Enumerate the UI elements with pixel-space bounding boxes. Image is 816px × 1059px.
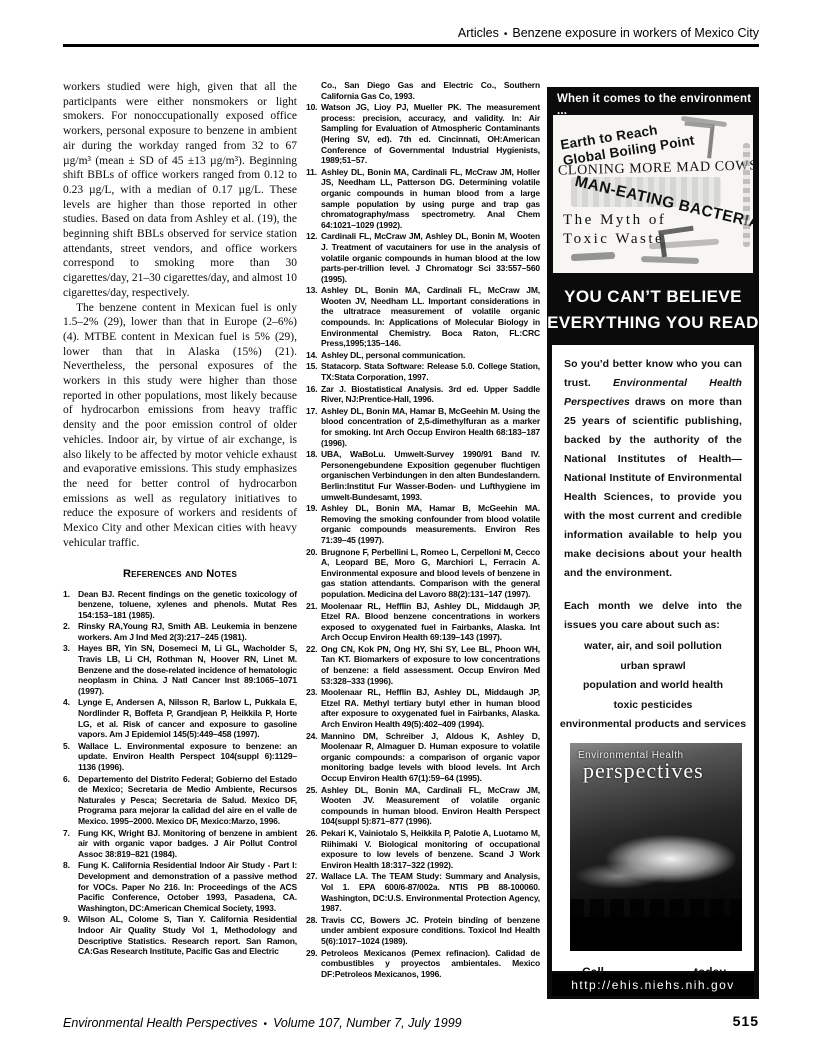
reference-text: Wallace L. Environmental exposure to ben… (78, 741, 297, 773)
reference-item: 4. Lynge E, Andersen A, Nilsson R, Barlo… (63, 697, 297, 739)
ad-topics-list: water, air, and soil pollution urban spr… (558, 637, 748, 735)
paragraph: workers studied were high, given that al… (63, 80, 297, 301)
bullet-separator: • (499, 29, 513, 40)
reference-number (306, 80, 321, 101)
references-heading: References and Notes (63, 568, 297, 580)
reference-item: 19. Ashley DL, Bonin MA, Hamar B, McGeeh… (306, 503, 540, 545)
reference-number: 4. (63, 697, 78, 739)
reference-item: 1. Dean BJ. Recent findings on the genet… (63, 589, 297, 621)
reference-text: Departemento del Distrito Federal; Gobie… (78, 774, 297, 827)
reference-text: Pekari K, Vainiotalo S, Heikkila P, Palo… (321, 828, 540, 870)
ad-url-text: http://ehis.niehs.nih.gov (571, 978, 735, 992)
reference-text: Fung K. California Residential Indoor Ai… (78, 860, 297, 913)
reference-number: 9. (63, 914, 78, 956)
column-left: workers studied were high, given that al… (63, 80, 297, 958)
reference-item: 12. Cardinali FL, McCraw JM, Ashley DL, … (306, 231, 540, 284)
reference-text: Ashley DL, personal communication. (321, 350, 540, 361)
reference-number: 11. (306, 167, 321, 231)
reference-item: 28. Travis CC, Bowers JC. Protein bindin… (306, 915, 540, 947)
footer-journal-line: Environmental Health Perspectives•Volume… (63, 1016, 462, 1030)
reference-number: 2. (63, 621, 78, 642)
ad-body-paragraph: So you'd better know who you can trust. … (564, 355, 742, 583)
reference-item: Co., San Diego Gas and Electric Co., Sou… (306, 80, 540, 101)
running-head: Articles•Benzene exposure in workers of … (63, 26, 759, 40)
reference-text: Watson JG, Lioy PJ, Mueller PK. The meas… (321, 102, 540, 166)
ad-topic-item: urban sprawl (558, 657, 748, 677)
reference-text: UBA, WaBoLu. Umwelt-Survey 1990/91 Band … (321, 449, 540, 502)
paragraph: The benzene content in Mexican fuel is o… (63, 301, 297, 551)
reference-number: 20. (306, 547, 321, 600)
reference-number: 28. (306, 915, 321, 947)
running-head-title: Benzene exposure in workers of Mexico Ci… (512, 26, 759, 40)
reference-text: Ashley DL, Bonin MA, Cardinali FL, McCra… (321, 285, 540, 349)
reference-number: 13. (306, 285, 321, 349)
magazine-cover-image: Environmental Health perspectives EHP079… (570, 743, 742, 951)
clipping-corner-mark (658, 226, 696, 258)
reference-number: 8. (63, 860, 78, 913)
reference-text: Cardinali FL, McCraw JM, Ashley DL, Boni… (321, 231, 540, 284)
reference-item: 7. Fung KK, Wright BJ. Monitoring of ben… (63, 828, 297, 860)
reference-number: 23. (306, 687, 321, 729)
reference-number: 19. (306, 503, 321, 545)
article-body: workers studied were high, given that al… (63, 80, 297, 551)
reference-number: 3. (63, 643, 78, 696)
reference-number: 22. (306, 644, 321, 686)
reference-item: 13. Ashley DL, Bonin MA, Cardinali FL, M… (306, 285, 540, 349)
reference-item: 15. Statacorp. Stata Software: Release 5… (306, 361, 540, 382)
reference-number: 27. (306, 871, 321, 913)
ad-topic-item: water, air, and soil pollution (558, 637, 748, 657)
journal-page: Articles•Benzene exposure in workers of … (0, 0, 816, 1059)
ad-body-panel: So you'd better know who you can trust. … (552, 345, 754, 971)
reference-item: 9. Wilson AL, Colome S, Tian Y. Californ… (63, 914, 297, 956)
reference-number: 25. (306, 785, 321, 827)
reference-item: 6. Departemento del Distrito Federal; Go… (63, 774, 297, 827)
footer-issue: Volume 107, Number 7, July 1999 (273, 1016, 462, 1030)
reference-number: 6. (63, 774, 78, 827)
reference-text: Lynge E, Andersen A, Nilsson R, Barlow L… (78, 697, 297, 739)
ad-code-label: EHP0799 (570, 839, 571, 877)
reference-number: 10. (306, 102, 321, 166)
running-head-section: Articles (458, 26, 499, 40)
reference-number: 18. (306, 449, 321, 502)
reference-item: 11. Ashley DL, Bonin MA, Cardinali FL, M… (306, 167, 540, 231)
reference-number: 17. (306, 406, 321, 448)
reference-item: 24. Mannino DM, Schreiber J, Aldous K, A… (306, 731, 540, 784)
reference-text: Ashley DL, Bonin MA, Hamar B, McGeehin M… (321, 406, 540, 448)
reference-text: Wallace LA. The TEAM Study: Summary and … (321, 871, 540, 913)
column-middle: Co., San Diego Gas and Electric Co., Sou… (306, 80, 540, 980)
reference-item: 27. Wallace LA. The TEAM Study: Summary … (306, 871, 540, 913)
clipping-corner-mark (681, 122, 714, 159)
ad-call-word: Call (582, 965, 604, 972)
header-rule (63, 44, 759, 47)
reference-item: 29. Petroleos Mexicanos (Pemex refinacio… (306, 948, 540, 980)
cover-masthead-main: perspectives (583, 758, 704, 784)
reference-text: Travis CC, Bowers JC. Protein binding of… (321, 915, 540, 947)
reference-text: Ong CN, Kok PN, Ong HY, Shi SY, Lee BL, … (321, 644, 540, 686)
references-list-col2: Co., San Diego Gas and Electric Co., Sou… (306, 80, 540, 979)
reference-text: Wilson AL, Colome S, Tian Y. California … (78, 914, 297, 956)
ad-topic-item: population and world health (558, 676, 748, 696)
ad-tagline: When it comes to the environment ... (557, 93, 755, 117)
references-list-col1: 1. Dean BJ. Recent findings on the genet… (63, 589, 297, 957)
reference-text: Fung KK, Wright BJ. Monitoring of benzen… (78, 828, 297, 860)
footer-journal-name: Environmental Health Perspectives (63, 1016, 258, 1030)
ehp-subscription-ad: When it comes to the environment ... Ear… (547, 87, 759, 999)
reference-item: 17. Ashley DL, Bonin MA, Hamar B, McGeeh… (306, 406, 540, 448)
reference-text: Ashley DL, Bonin MA, Cardinali FL, McCra… (321, 167, 540, 231)
cover-horizon-art (570, 917, 742, 951)
reference-item: 3. Hayes BR, Yin SN, Dosemeci M, Li GL, … (63, 643, 297, 696)
reference-item: 14. Ashley DL, personal communication. (306, 350, 540, 361)
ad-slogan: YOU CAN’T BELIEVE EVERYTHING YOU READ (547, 274, 759, 345)
reference-text: Hayes BR, Yin SN, Dosemeci M, Li GL, Wac… (78, 643, 297, 696)
reference-number: 16. (306, 384, 321, 405)
reference-item: 2. Rinsky RA,Young RJ, Smith AB. Leukemi… (63, 621, 297, 642)
reference-text: Ashley DL, Bonin MA, Cardinali FL, McCra… (321, 785, 540, 827)
cover-cloud-art (574, 863, 664, 889)
reference-text: Petroleos Mexicanos (Pemex refinacion). … (321, 948, 540, 980)
reference-text: Moolenaar RL, Hefflin BJ, Ashley DL, Mid… (321, 687, 540, 729)
reference-number: 21. (306, 601, 321, 643)
reference-text: Moolenaar RL, Hefflin BJ, Ashley DL, Mid… (321, 601, 540, 643)
clipping-smudge (571, 252, 615, 261)
reference-item: 5. Wallace L. Environmental exposure to … (63, 741, 297, 773)
reference-number: 26. (306, 828, 321, 870)
reference-item: 18. UBA, WaBoLu. Umwelt-Survey 1990/91 B… (306, 449, 540, 502)
ad-call-line: Call today (582, 965, 726, 972)
reference-text: Zar J. Biostatistical Analysis. 3rd ed. … (321, 384, 540, 405)
reference-number: 1. (63, 589, 78, 621)
reference-item: 23. Moolenaar RL, Hefflin BJ, Ashley DL,… (306, 687, 540, 729)
reference-text: Statacorp. Stata Software: Release 5.0. … (321, 361, 540, 382)
ad-topic-item: toxic pesticides (558, 696, 748, 716)
ad-monthly-intro: Each month we delve into the issues you … (564, 597, 742, 635)
bullet-separator: • (258, 1019, 274, 1030)
reference-item: 8. Fung K. California Residential Indoor… (63, 860, 297, 913)
reference-text: Brugnone F, Perbellini L, Romeo L, Cerpe… (321, 547, 540, 600)
ad-body-rest: draws on more than 25 years of scientifi… (564, 396, 742, 579)
reference-number: 14. (306, 350, 321, 361)
ad-topic-item: environmental products and services (558, 715, 748, 735)
ad-url-bar: http://ehis.niehs.nih.gov (552, 973, 754, 996)
reference-number: 12. (306, 231, 321, 284)
reference-number: 24. (306, 731, 321, 784)
reference-text: Co., San Diego Gas and Electric Co., Sou… (321, 80, 540, 101)
ad-today-word: today (694, 965, 726, 972)
reference-number: 29. (306, 948, 321, 980)
reference-number: 7. (63, 828, 78, 860)
newspaper-clippings-collage: Earth to Reach Global Boiling Point CLON… (553, 115, 753, 273)
reference-text: Dean BJ. Recent findings on the genetic … (78, 589, 297, 621)
reference-text: Mannino DM, Schreiber J, Aldous K, Ashle… (321, 731, 540, 784)
reference-item: 22. Ong CN, Kok PN, Ong HY, Shi SY, Lee … (306, 644, 540, 686)
reference-item: 10. Watson JG, Lioy PJ, Mueller PK. The … (306, 102, 540, 166)
reference-item: 26. Pekari K, Vainiotalo S, Heikkila P, … (306, 828, 540, 870)
reference-item: 16. Zar J. Biostatistical Analysis. 3rd … (306, 384, 540, 405)
reference-number: 5. (63, 741, 78, 773)
reference-number: 15. (306, 361, 321, 382)
reference-item: 21. Moolenaar RL, Hefflin BJ, Ashley DL,… (306, 601, 540, 643)
page-number: 515 (733, 1013, 759, 1029)
clipping-smudge (743, 143, 750, 247)
reference-item: 25. Ashley DL, Bonin MA, Cardinali FL, M… (306, 785, 540, 827)
reference-text: Rinsky RA,Young RJ, Smith AB. Leukemia i… (78, 621, 297, 642)
reference-text: Ashley DL, Bonin MA, Hamar B, McGeehin M… (321, 503, 540, 545)
reference-item: 20. Brugnone F, Perbellini L, Romeo L, C… (306, 547, 540, 600)
clipping-smudge (641, 256, 699, 264)
